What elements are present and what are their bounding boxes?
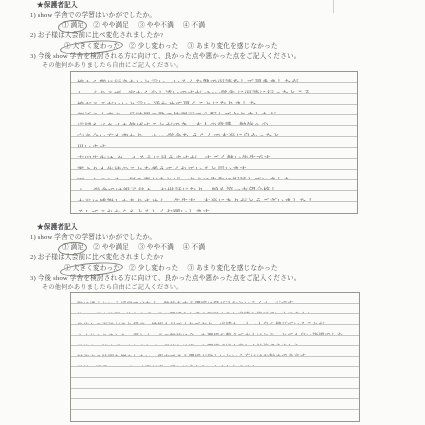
option-selected: ① 大きく変わった <box>64 43 120 51</box>
ruled-line-empty <box>71 389 359 400</box>
handwritten-line: 向き合い方も変わり、show学舎を えらんで本当に良かったと <box>71 126 357 137</box>
question-1-options: ① 満足② やや満足③ やや不満④ 不満 <box>62 22 214 30</box>
handwritten-line: 先生との面談があり将来、性格も見てくれており、成績も一人一人自ら伸びていることが <box>71 314 359 325</box>
question-2-options: ① 大きく変わった② 少し変わった③ あまり変化を感じなかった <box>64 265 287 273</box>
ruled-line-empty <box>71 399 359 410</box>
handwritten-line: 誰よりも生徒のことを考えてくれていると思います。 <box>71 159 357 170</box>
handwritten-line: show学舎では親子共々、お世話になり、娘も第一志望合格し <box>71 180 357 191</box>
option: ④ 不満 <box>183 22 205 30</box>
handwritten-text: そしてこれからもよろしくお願いします。 <box>71 208 217 212</box>
question-1: 1) show 学舎での学習はいかがでしたか。 <box>30 234 156 242</box>
question-2: 2) お子様は入会前に比べ変化されましたか? <box>30 254 163 262</box>
question-3-note: その他何かありましたら自由にご記入ください。 <box>42 284 183 292</box>
question-2-options: ① 大きく変わった② 少し変わった③ あまり変化を感じなかった <box>64 43 287 51</box>
survey-response-1: ★保護者記入 1) show 学舎での学習はいかがでしたか。 ① 満足② やや満… <box>0 2 425 214</box>
option: ② 少し変わった <box>129 265 178 273</box>
handwritten-line: 娘から塾に行きたいと言い、いろんな塾で面談をして頂きましたが <box>71 72 357 83</box>
survey-response-2: ★保護者記入 1) show 学舎での学習はいかがでしたか。 ① 満足② やや満… <box>0 224 425 424</box>
handwritten-response-box: 娘から塾に行きたいと言い、いろんな塾で面談をして頂きましたがしっくりこず、家から… <box>70 71 358 214</box>
option-selected: ① 大きく変わった <box>64 265 120 273</box>
option-selected: ① 満足 <box>62 22 84 30</box>
handwritten-line: 休みの日も時間に拘わらず、その環境を上手く利用すると成績も伸びていくスタイル。 <box>71 304 359 315</box>
handwritten-line: 学校の授業についていく事が辛い子には合わないかもしれません。 <box>71 357 359 368</box>
handwritten-line: 成績もメキメキ伸ばすことができ、本人の意識、勉強への <box>71 115 357 126</box>
handwritten-line: 吉田先生は クールそうに見えますが、すごく熱い先生です。 <box>71 148 357 159</box>
handwritten-line: しっくりこず、家から少し遠いですが show学舎 に面談に行ったところ <box>71 83 357 94</box>
option: ③ あまり変化を感じなかった <box>187 265 277 273</box>
option: ② やや満足 <box>93 22 129 30</box>
option: ② 少し変わった <box>129 43 178 51</box>
option: ③ やや不満 <box>138 22 174 30</box>
question-1: 1) show 学舎での学習はいかがでしたか。 <box>30 12 156 20</box>
question-3: 3) 今後 show 学舎を検討される方に向けて、良かった点や悪かった点をご記入… <box>30 275 301 283</box>
handwritten-line: そしてこれからもよろしくお願いします。 <box>71 202 357 212</box>
section-header: ★保護者記入 <box>37 224 78 232</box>
option-selected: ① 満足 <box>62 244 84 252</box>
option: ② やや満足 <box>93 244 129 252</box>
handwritten-line: 思います。 <box>71 137 357 148</box>
handwritten-line: 娘がここがいいと言い 通わせて頂くことになりました。 <box>71 94 357 105</box>
handwritten-line: 最後まで諦めずにやりきれて、学校とは違った環境で娘も楽しく勉強できました。 <box>71 336 359 347</box>
handwritten-response-box: 塾に通うという感覚ではなく、勉強をする環境に飛び込むというイメージです休みの日も… <box>70 292 360 422</box>
handwritten-line: 困ったことや、悩み事があれば、すぐに先生に相談していました。 <box>71 170 357 181</box>
option: ③ あまり変化を感じなかった <box>187 43 277 51</box>
handwritten-line: 部活の大変さ、長時間の塾で体調面で心配しておりましたが <box>71 105 357 116</box>
ruled-line-empty <box>71 378 359 389</box>
handwritten-line: 塾に通うという感覚ではなく、勉強をする環境に飛び込むというイメージです <box>71 293 359 304</box>
question-3-note: その他何かありましたら自由にご記入ください。 <box>42 62 183 70</box>
ruled-line-empty <box>71 367 359 378</box>
scanned-survey-page: ★保護者記入 1) show 学舎での学習はいかがでしたか。 ① 満足② やや満… <box>0 0 425 425</box>
ruled-line-empty <box>71 410 359 420</box>
handwritten-line: よく分かりました。優しく、その勉強に合った環境を整えて本人にとり、とても良い指導… <box>71 325 359 336</box>
option: ④ 不満 <box>183 244 205 252</box>
option: ③ やや不満 <box>138 244 174 252</box>
question-1-options: ① 満足② やや満足③ やや不満④ 不満 <box>62 244 214 252</box>
section-header: ★保護者記入 <box>37 2 78 10</box>
question-2: 2) お子様は入会前に比べ変化されましたか? <box>30 32 163 40</box>
handwritten-line: 勉強する時間を増やしたい、集中できる環境が欲しいという方にはお勧めできます。 <box>71 346 359 357</box>
handwritten-line: 本当に感謝しかありません。先生方、本当にありがとうございました！ <box>71 191 357 202</box>
question-3: 3) 今後 show 学舎を検討される方に向けて、良かった点や悪かった点をご記入… <box>30 53 301 61</box>
